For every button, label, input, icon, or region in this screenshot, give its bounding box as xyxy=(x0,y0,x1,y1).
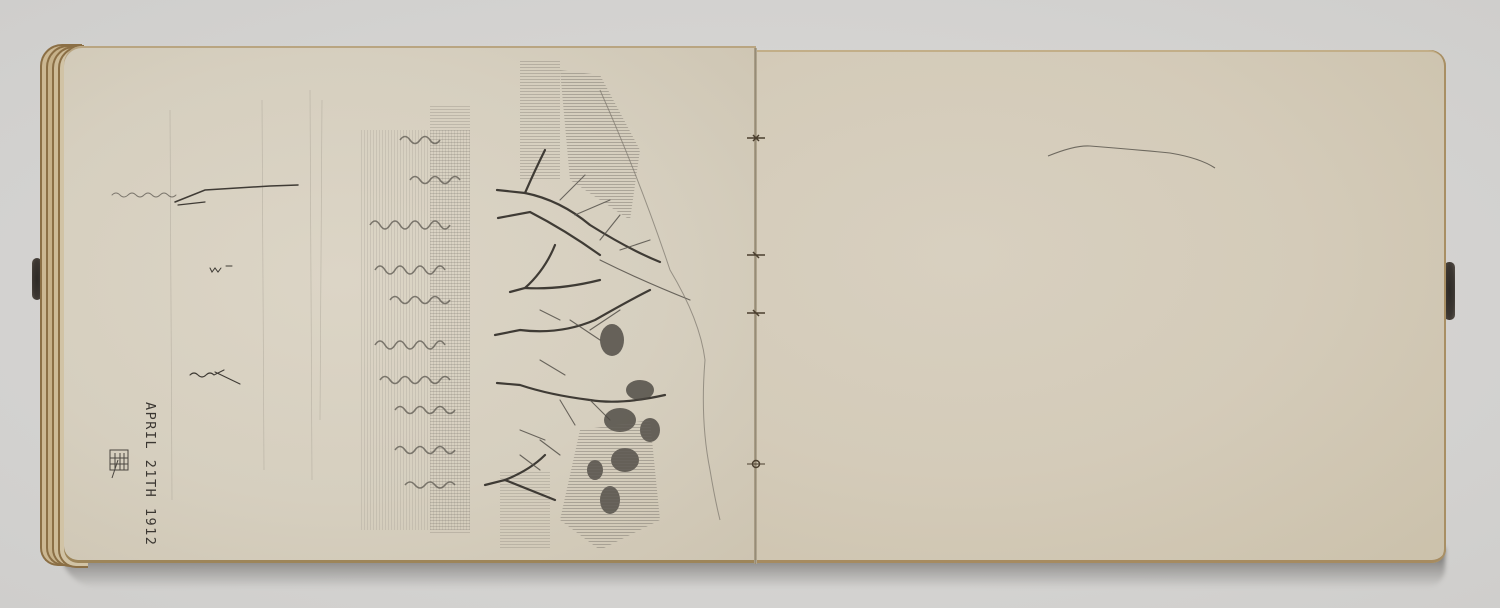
stitch-hole xyxy=(747,458,765,470)
monogram: 蕙 xyxy=(0,0,1,1)
left-page xyxy=(64,46,756,563)
stitch-hole xyxy=(747,251,765,259)
sketchbook-spread: APRIL 21TH 1912 蕙 xyxy=(0,0,1500,608)
right-page xyxy=(756,50,1446,563)
gutter xyxy=(754,48,757,564)
stitch-hole xyxy=(747,134,765,142)
stitch-hole xyxy=(747,309,765,317)
